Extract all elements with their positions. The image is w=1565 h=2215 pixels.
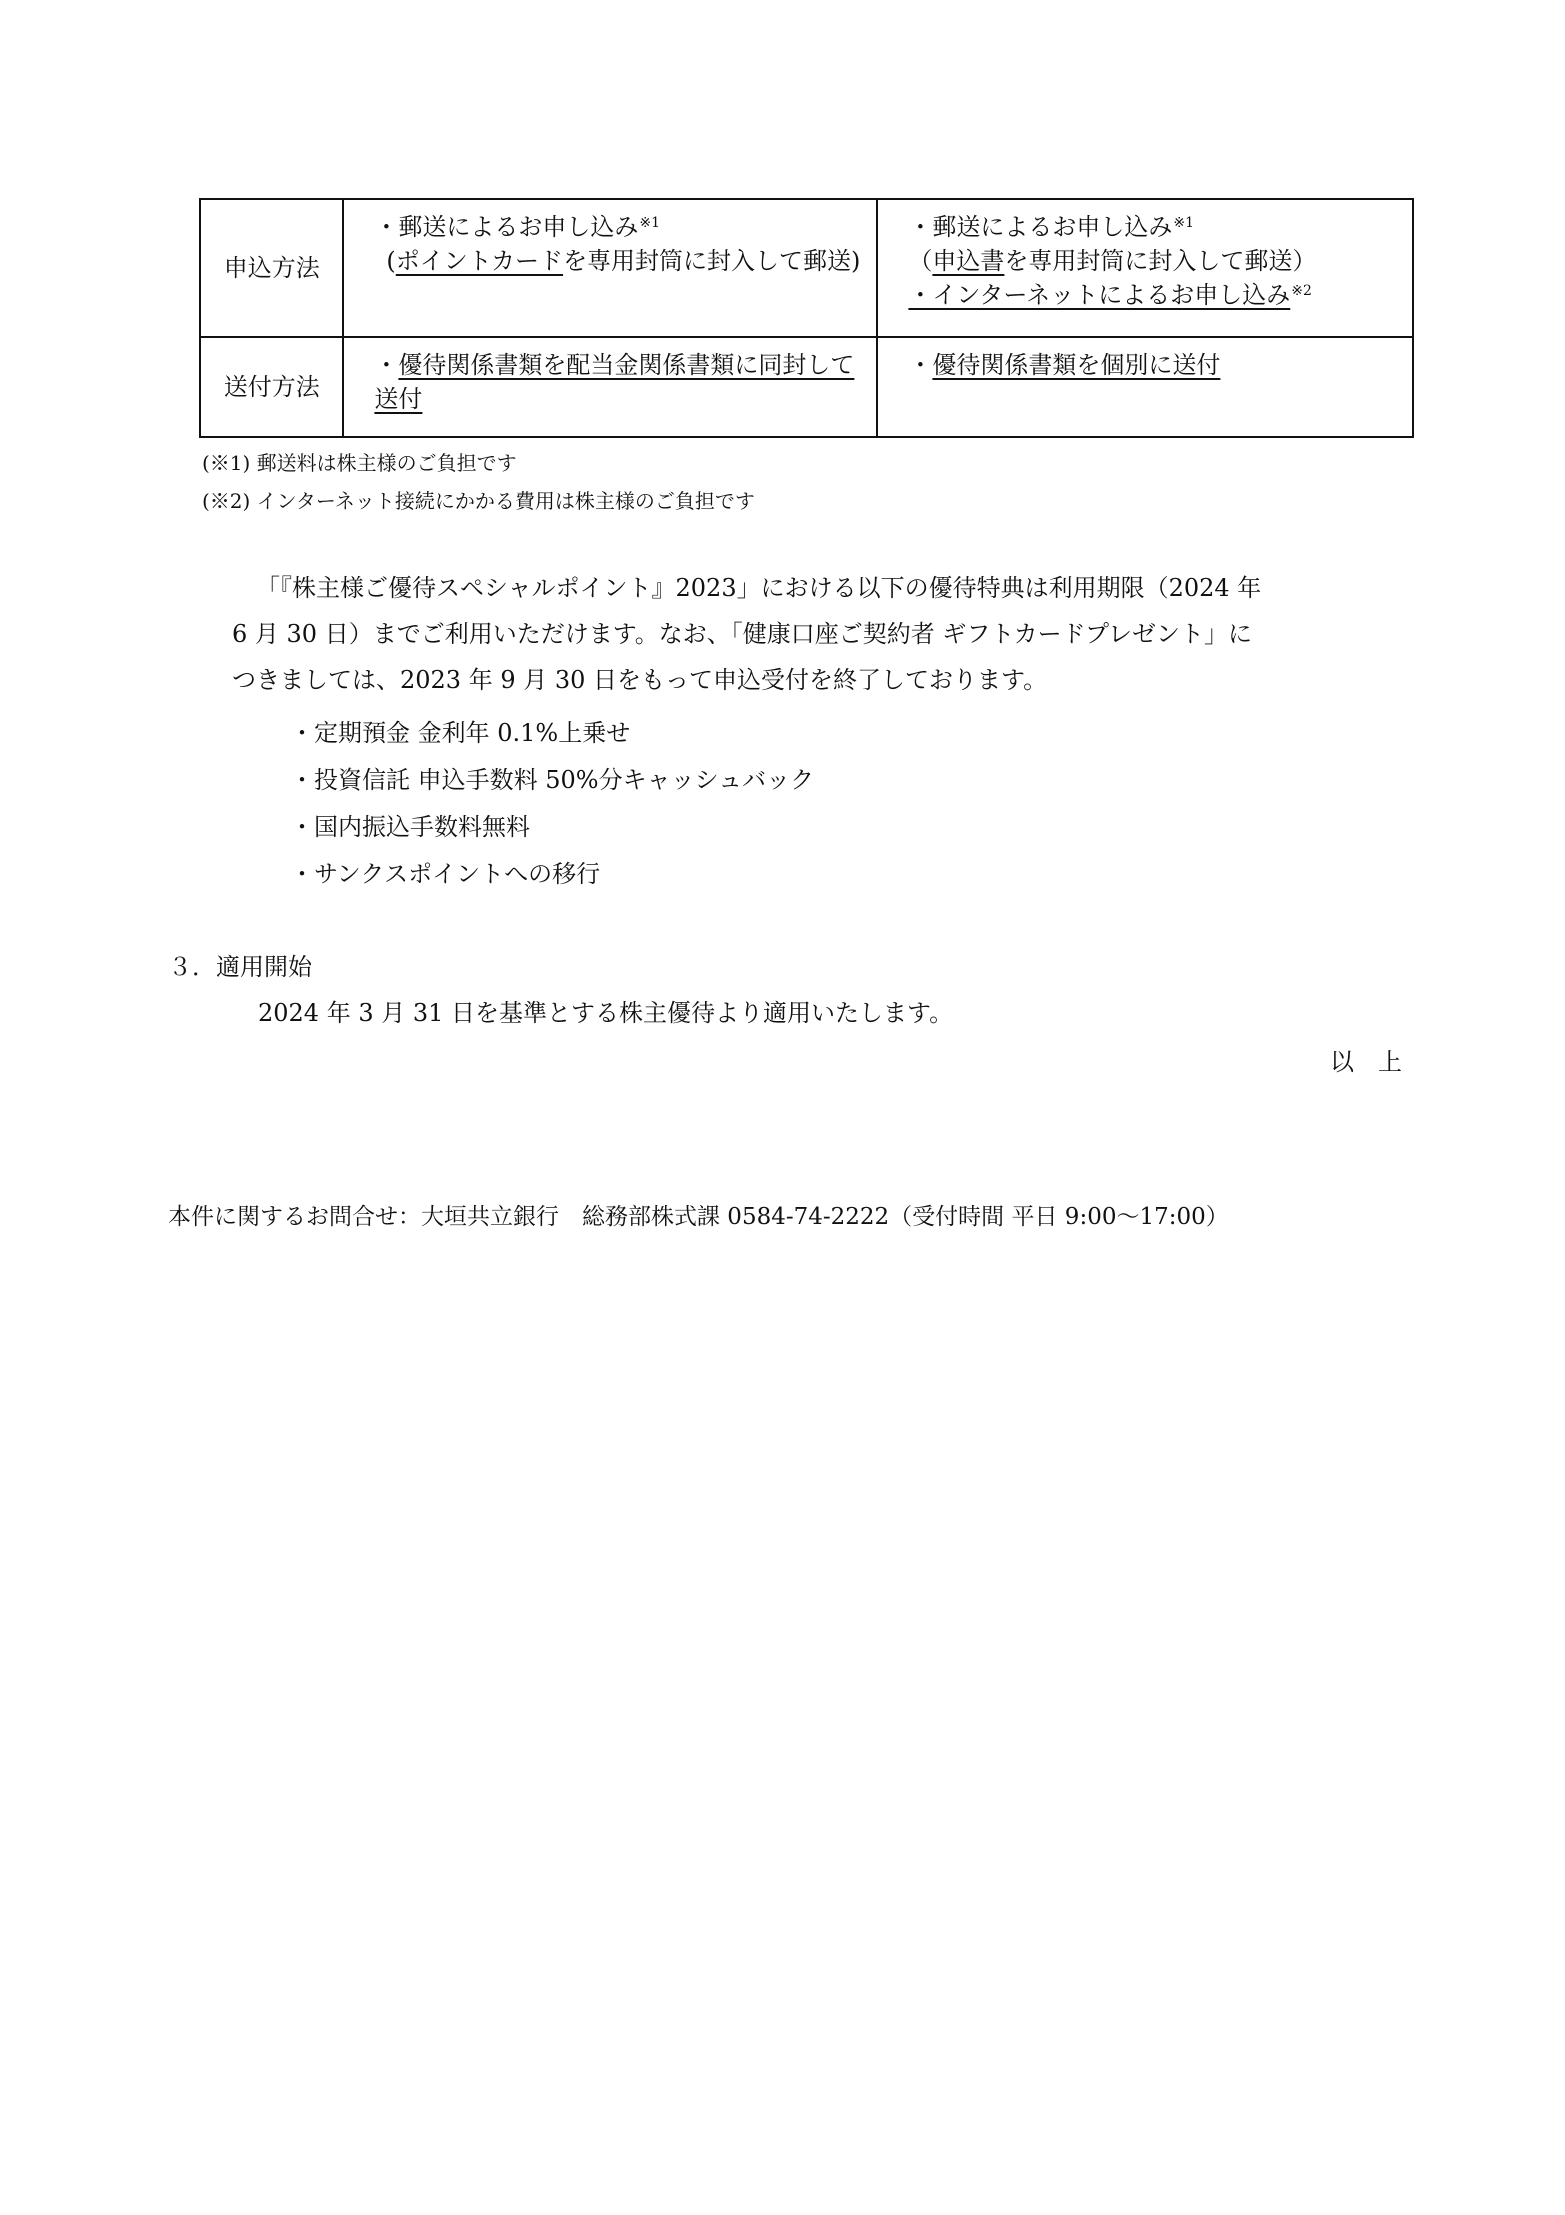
footnote-1: (※1) 郵送料は株主様のご負担です <box>202 444 755 482</box>
section-3-heading: ３．適用開始 <box>168 950 312 984</box>
contact-info: 本件に関するお問合せ：大垣共立銀行 総務部株式課 0584-74-2222（受付… <box>168 1200 1229 1234</box>
application-method-table: 申込方法 ・郵送によるお申し込み※1 (ポイントカードを専用封筒に封入して郵送)… <box>199 198 1414 438</box>
footnote-ref: ※2 <box>1291 283 1312 299</box>
list-item: ・投資信託 申込手数料 50%分キャッシュバック <box>290 757 814 804</box>
table-row-delivery-method: 送付方法 ・優待関係書類を配当金関係書類に同封して送付 ・優待関係書類を個別に送… <box>200 337 1413 437</box>
cell-application-new: ・郵送によるお申し込み※1 （申込書を専用封筒に封入して郵送） ・インターネット… <box>877 199 1413 337</box>
list-item: ・国内振込手数料無料 <box>290 804 814 851</box>
row-label-delivery-method: 送付方法 <box>200 337 343 437</box>
footnote-2: (※2) インターネット接続にかかる費用は株主様のご負担です <box>202 482 755 520</box>
cell-delivery-new: ・優待関係書類を個別に送付 <box>877 337 1413 437</box>
document-page: 申込方法 ・郵送によるお申し込み※1 (ポイントカードを専用封筒に封入して郵送)… <box>0 0 1565 2215</box>
delivery-new-text: 優待関係書類を個別に送付 <box>932 351 1220 379</box>
point-card-underlined: ポイントカード <box>396 247 563 275</box>
application-form-line: （申込書を専用封筒に封入して郵送） <box>908 244 1398 278</box>
benefits-list: ・定期預金 金利年 0.1%上乗せ ・投資信託 申込手数料 50%分キャッシュバ… <box>290 710 814 898</box>
cell-delivery-current: ・優待関係書類を配当金関係書類に同封して送付 <box>343 337 877 437</box>
point-card-line: (ポイントカードを専用封筒に封入して郵送) <box>374 244 862 278</box>
table-row-application-method: 申込方法 ・郵送によるお申し込み※1 (ポイントカードを専用封筒に封入して郵送)… <box>200 199 1413 337</box>
closing-mark: 以 上 <box>1330 1045 1402 1079</box>
footnote-ref: ※1 <box>639 215 660 231</box>
special-points-paragraph: 「『株主様ご優待スペシャルポイント』2023」における以下の優待特典は利用期限（… <box>232 565 1412 703</box>
internet-application-line: ・インターネットによるお申し込み※2 <box>908 278 1398 312</box>
list-item: ・定期預金 金利年 0.1%上乗せ <box>290 710 814 757</box>
section-3-body: 2024 年 3 月 31 日を基準とする株主優待より適用いたします。 <box>258 996 953 1030</box>
row-label-application-method: 申込方法 <box>200 199 343 337</box>
cell-application-current: ・郵送によるお申し込み※1 (ポイントカードを専用封筒に封入して郵送) <box>343 199 877 337</box>
delivery-current-text: 優待関係書類を配当金関係書類に同封して送付 <box>374 351 854 413</box>
mail-application-line: ・郵送によるお申し込み※1 <box>908 210 1398 244</box>
application-form-underlined: 申込書 <box>932 247 1004 275</box>
mail-application-line: ・郵送によるお申し込み※1 <box>374 210 862 244</box>
list-item: ・サンクスポイントへの移行 <box>290 851 814 898</box>
footnotes: (※1) 郵送料は株主様のご負担です (※2) インターネット接続にかかる費用は… <box>202 444 755 520</box>
footnote-ref: ※1 <box>1173 215 1194 231</box>
